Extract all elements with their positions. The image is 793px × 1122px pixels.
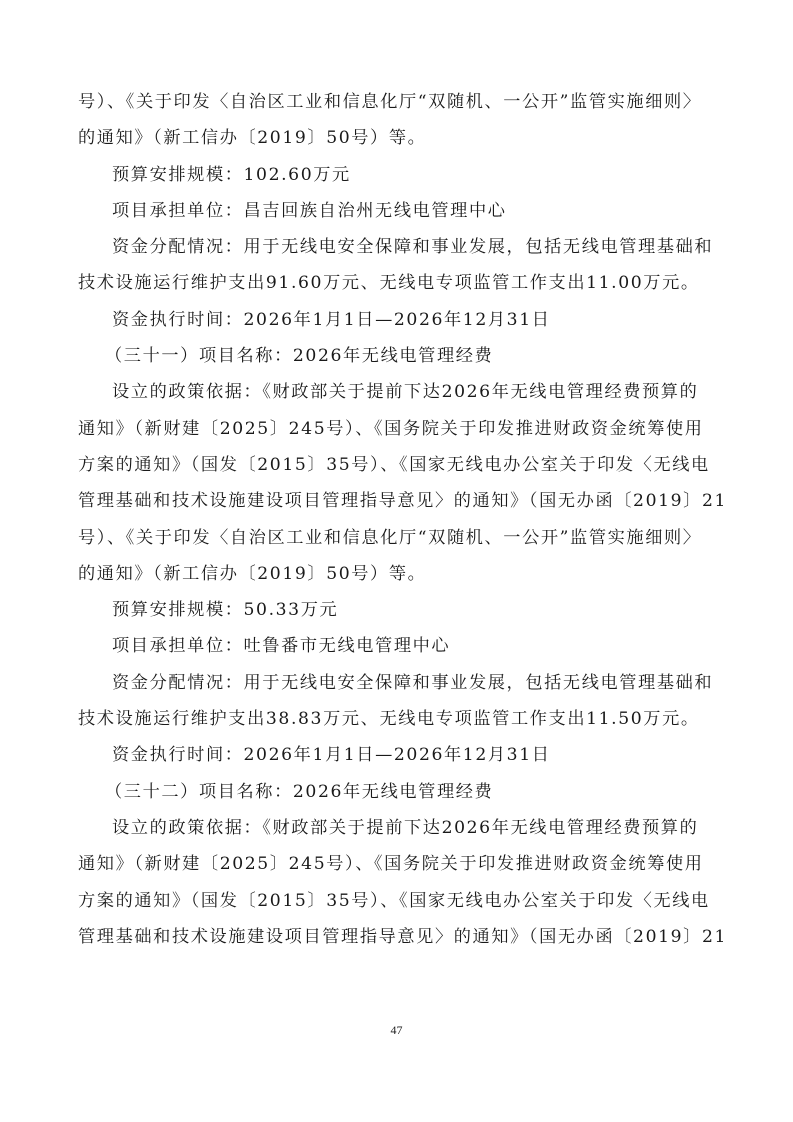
project-heading-32: （三十二）项目名称：2026年无线电管理经费 xyxy=(78,774,718,810)
text-line: 管理基础和技术设施建设项目管理指导意见〉的通知》（国无办函〔2019〕21 xyxy=(78,919,718,955)
page-number: 47 xyxy=(0,1023,793,1038)
text-line: 方案的通知》（国发〔2015〕35号）、《国家无线电办公室关于印发〈无线电 xyxy=(78,883,718,919)
text-line: 的通知》（新工信办〔2019〕50号）等。 xyxy=(78,120,718,156)
project-heading-31: （三十一）项目名称：2026年无线电管理经费 xyxy=(78,338,718,374)
budget-scale-line: 预算安排规模：50.33万元 xyxy=(78,592,718,628)
text-line: 方案的通知》（国发〔2015〕35号）、《国家无线电办公室关于印发〈无线电 xyxy=(78,447,718,483)
fund-allocation-line: 资金分配情况：用于无线电安全保障和事业发展，包括无线电管理基础和 xyxy=(78,229,718,265)
text-line: 号）、《关于印发〈自治区工业和信息化厅“双随机、一公开”监管实施细则〉 xyxy=(78,84,718,120)
text-line: 的通知》（新工信办〔2019〕50号）等。 xyxy=(78,556,718,592)
budget-scale-line: 预算安排规模：102.60万元 xyxy=(78,157,718,193)
text-line: 通知》（新财建〔2025〕245号）、《国务院关于印发推进财政资金统筹使用 xyxy=(78,411,718,447)
text-line: 技术设施运行维护支出38.83万元、无线电专项监管工作支出11.50万元。 xyxy=(78,701,718,737)
execution-time-line: 资金执行时间：2026年1月1日—2026年12月31日 xyxy=(78,302,718,338)
document-body: 号）、《关于印发〈自治区工业和信息化厅“双随机、一公开”监管实施细则〉 的通知》… xyxy=(78,84,718,955)
execution-time-line: 资金执行时间：2026年1月1日—2026年12月31日 xyxy=(78,737,718,773)
policy-basis-line: 设立的政策依据：《财政部关于提前下达2026年无线电管理经费预算的 xyxy=(78,374,718,410)
fund-allocation-line: 资金分配情况：用于无线电安全保障和事业发展，包括无线电管理基础和 xyxy=(78,665,718,701)
policy-basis-line: 设立的政策依据：《财政部关于提前下达2026年无线电管理经费预算的 xyxy=(78,810,718,846)
responsible-unit-line: 项目承担单位：吐鲁番市无线电管理中心 xyxy=(78,628,718,664)
text-line: 号）、《关于印发〈自治区工业和信息化厅“双随机、一公开”监管实施细则〉 xyxy=(78,520,718,556)
responsible-unit-line: 项目承担单位：昌吉回族自治州无线电管理中心 xyxy=(78,193,718,229)
text-line: 管理基础和技术设施建设项目管理指导意见〉的通知》（国无办函〔2019〕21 xyxy=(78,483,718,519)
text-line: 技术设施运行维护支出91.60万元、无线电专项监管工作支出11.00万元。 xyxy=(78,265,718,301)
text-line: 通知》（新财建〔2025〕245号）、《国务院关于印发推进财政资金统筹使用 xyxy=(78,846,718,882)
